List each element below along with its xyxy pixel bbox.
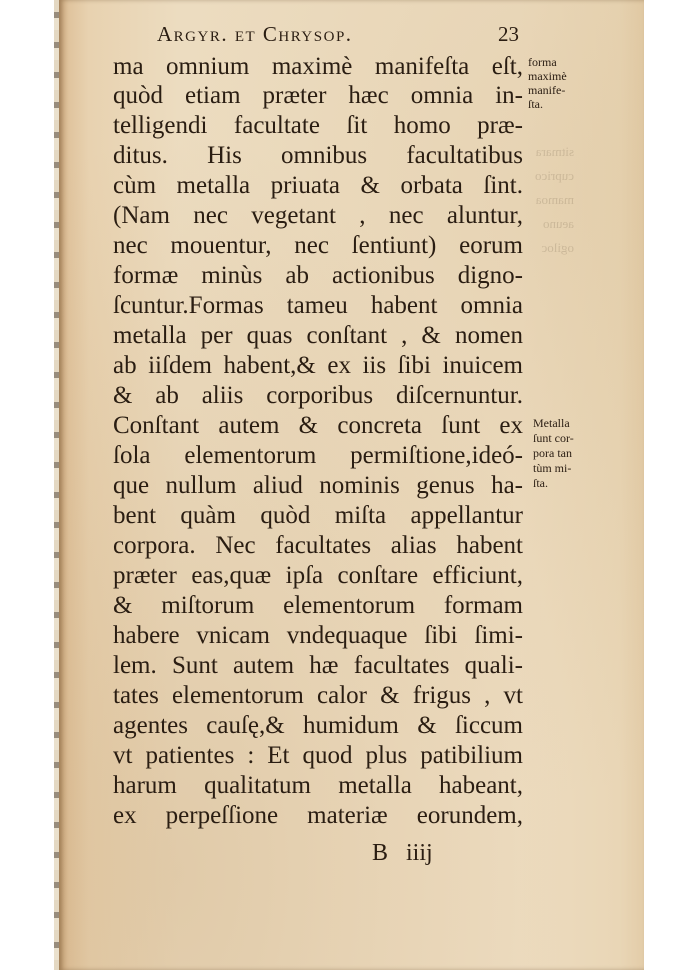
body-line: formæ minùs ab actionibus digno- xyxy=(113,261,523,290)
body-line: agentes cauſę,& humidum & ſiccum xyxy=(113,711,523,740)
body-line: ma omnium maximè manifeſta eſt, xyxy=(113,52,523,81)
bleed-through-text: sitmaracupricomamoaaeunoogiloc xyxy=(535,140,574,260)
body-line: ſola elementorum permiſtione,ideó- xyxy=(113,441,523,470)
margin-note-line: maximè xyxy=(528,69,567,83)
body-line: harum qualitatum metalla habeant, xyxy=(113,771,523,800)
margin-note-line: tùm mi- xyxy=(533,461,571,475)
signature-mark: B iiij xyxy=(372,840,433,867)
margin-note-line: ſta. xyxy=(528,97,543,111)
margin-note-line: Metalla xyxy=(533,416,570,430)
body-line: præter eas,quæ ipſa conſtare efficiunt, xyxy=(113,561,523,590)
body-line: vt patientes : Et quod plus patibilium xyxy=(113,741,523,770)
body-line: ſcuntur.Formas tameu habent omnia xyxy=(113,291,523,320)
body-line: tates elementorum calor & frigus , vt xyxy=(113,681,523,710)
body-line: & ab aliis corporibus diſcernuntur. xyxy=(113,381,523,410)
running-head: Argyr. et Chrysop. xyxy=(157,22,353,47)
body-line: habere vnicam vndequaque ſibi ſimi- xyxy=(113,621,523,650)
body-line: que nullum aliud nominis genus ha- xyxy=(113,471,523,500)
body-line: cùm metalla priuata & orbata ſint. xyxy=(113,171,523,200)
body-line: ex perpeſſione materiæ eorundem, xyxy=(113,801,523,830)
body-line: & miſtorum elementorum formam xyxy=(113,591,523,620)
page-number: 23 xyxy=(498,22,519,47)
body-line: telligendi facultate ſit homo præ- xyxy=(113,111,523,140)
body-line: quòd etiam præter hæc omnia in- xyxy=(113,81,523,110)
margin-note-line: manife- xyxy=(528,83,565,97)
body-line: ab iiſdem habent,& ex iis ſibi inuicem xyxy=(113,351,523,380)
body-line: lem. Sunt autem hæ facultates quali- xyxy=(113,651,523,680)
body-line: bent quàm quòd miſta appellantur xyxy=(113,501,523,530)
margin-note-line: ſunt cor- xyxy=(533,431,574,445)
body-line: corpora. Nec facultates alias habent xyxy=(113,531,523,560)
margin-note-line: pora tan xyxy=(533,446,572,460)
body-line: nec mouentur, nec ſentiunt) eorum xyxy=(113,231,523,260)
body-line: (Nam nec vegetant , nec aluntur, xyxy=(113,201,523,230)
margin-note-line: ſta. xyxy=(533,476,548,490)
body-line: ditus. His omnibus facultatibus xyxy=(113,141,523,170)
body-line: Conſtant autem & concreta ſunt ex xyxy=(113,411,523,440)
margin-note-line: forma xyxy=(528,55,557,69)
body-line: metalla per quas conſtant , & nomen xyxy=(113,321,523,350)
